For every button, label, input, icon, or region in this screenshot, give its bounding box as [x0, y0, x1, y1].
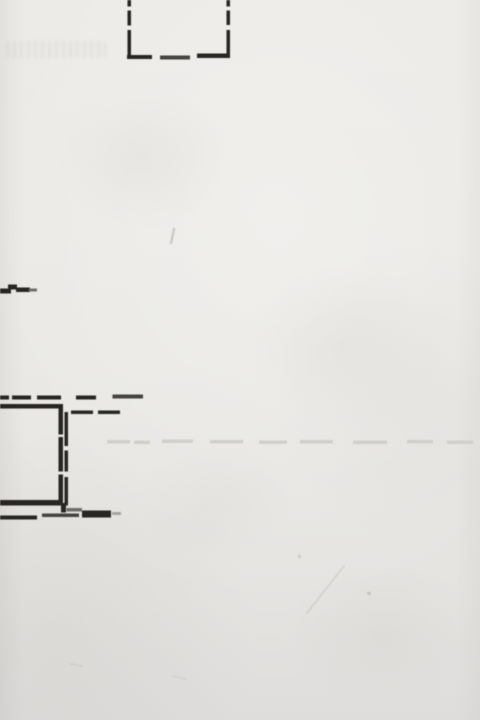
plan-stroke: [353, 441, 387, 445]
plan-stroke: [59, 475, 64, 504]
paper-artifact-line: [171, 229, 174, 243]
plan-stroke: [112, 512, 121, 515]
plan-stroke: [107, 440, 130, 444]
plan-stroke: [37, 396, 61, 400]
paper-artifact-line: [307, 566, 344, 613]
plan-stroke: [227, 11, 231, 26]
plan-stroke: [29, 289, 37, 292]
plan-stroke: [0, 516, 37, 520]
plan-stroke: [76, 396, 96, 400]
plan-stroke: [65, 477, 69, 506]
plan-stroke: [113, 395, 144, 399]
plan-stroke: [300, 440, 333, 444]
plan-stroke: [65, 412, 69, 446]
plan-stroke: [227, 0, 231, 7]
plan-stroke: [259, 441, 287, 445]
scanned-plan-page: [0, 0, 480, 720]
plan-stroke: [298, 555, 301, 558]
plan-stroke: [128, 0, 132, 7]
plan-stroke: [82, 511, 111, 518]
plan-stroke: [407, 440, 433, 444]
plan-stroke: [160, 56, 190, 60]
plan-stroke: [127, 55, 152, 59]
paper-artifact-line: [70, 664, 82, 666]
plan-stroke: [8, 285, 17, 290]
plan-stroke: [128, 11, 132, 26]
plan-stroke: [128, 30, 132, 56]
plan-stroke-layer: [0, 0, 473, 679]
plan-stroke: [367, 592, 371, 595]
plan-stroke: [12, 396, 31, 400]
plan-stroke: [98, 411, 120, 415]
plan-stroke: [162, 440, 193, 444]
plan-stroke: [71, 411, 93, 415]
plan-stroke: [227, 30, 231, 54]
plan-stroke: [197, 54, 230, 59]
plan-stroke: [0, 396, 9, 400]
plan-stroke: [59, 437, 64, 472]
plan-stroke: [61, 503, 66, 513]
plan-stroke: [65, 451, 69, 472]
plan-stroke: [134, 441, 150, 445]
plan-stroke: [0, 500, 62, 506]
plan-stroke: [447, 441, 473, 445]
plan-stroke: [0, 404, 63, 409]
plan-stroke: [210, 440, 243, 444]
plan-drawing: [0, 0, 480, 720]
plan-stroke: [16, 288, 30, 293]
plan-stroke: [67, 508, 83, 512]
plan-stroke: [59, 404, 64, 435]
plan-stroke: [42, 514, 79, 518]
paper-artifact-line: [172, 676, 186, 679]
